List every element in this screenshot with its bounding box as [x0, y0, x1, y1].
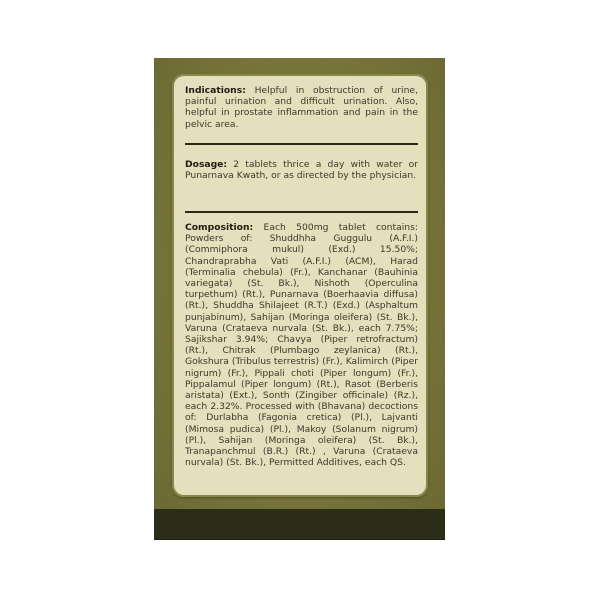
composition-label: Composition:	[185, 222, 253, 233]
product-label-back: Indications: Helpful in obstruction of u…	[154, 58, 445, 540]
dosage-label: Dosage:	[185, 159, 227, 170]
indications-section: Indications: Helpful in obstruction of u…	[185, 85, 418, 130]
composition-text: Each 500mg tablet contains: Powders of: …	[185, 222, 418, 468]
info-panel: Indications: Helpful in obstruction of u…	[172, 74, 428, 497]
dosage-section: Dosage: 2 tablets thrice a day with wate…	[185, 159, 418, 181]
bottom-band	[154, 509, 445, 540]
indications-label: Indications:	[185, 85, 246, 96]
composition-section: Composition: Each 500mg tablet contains:…	[185, 222, 418, 468]
divider	[185, 211, 418, 213]
divider	[185, 143, 418, 145]
